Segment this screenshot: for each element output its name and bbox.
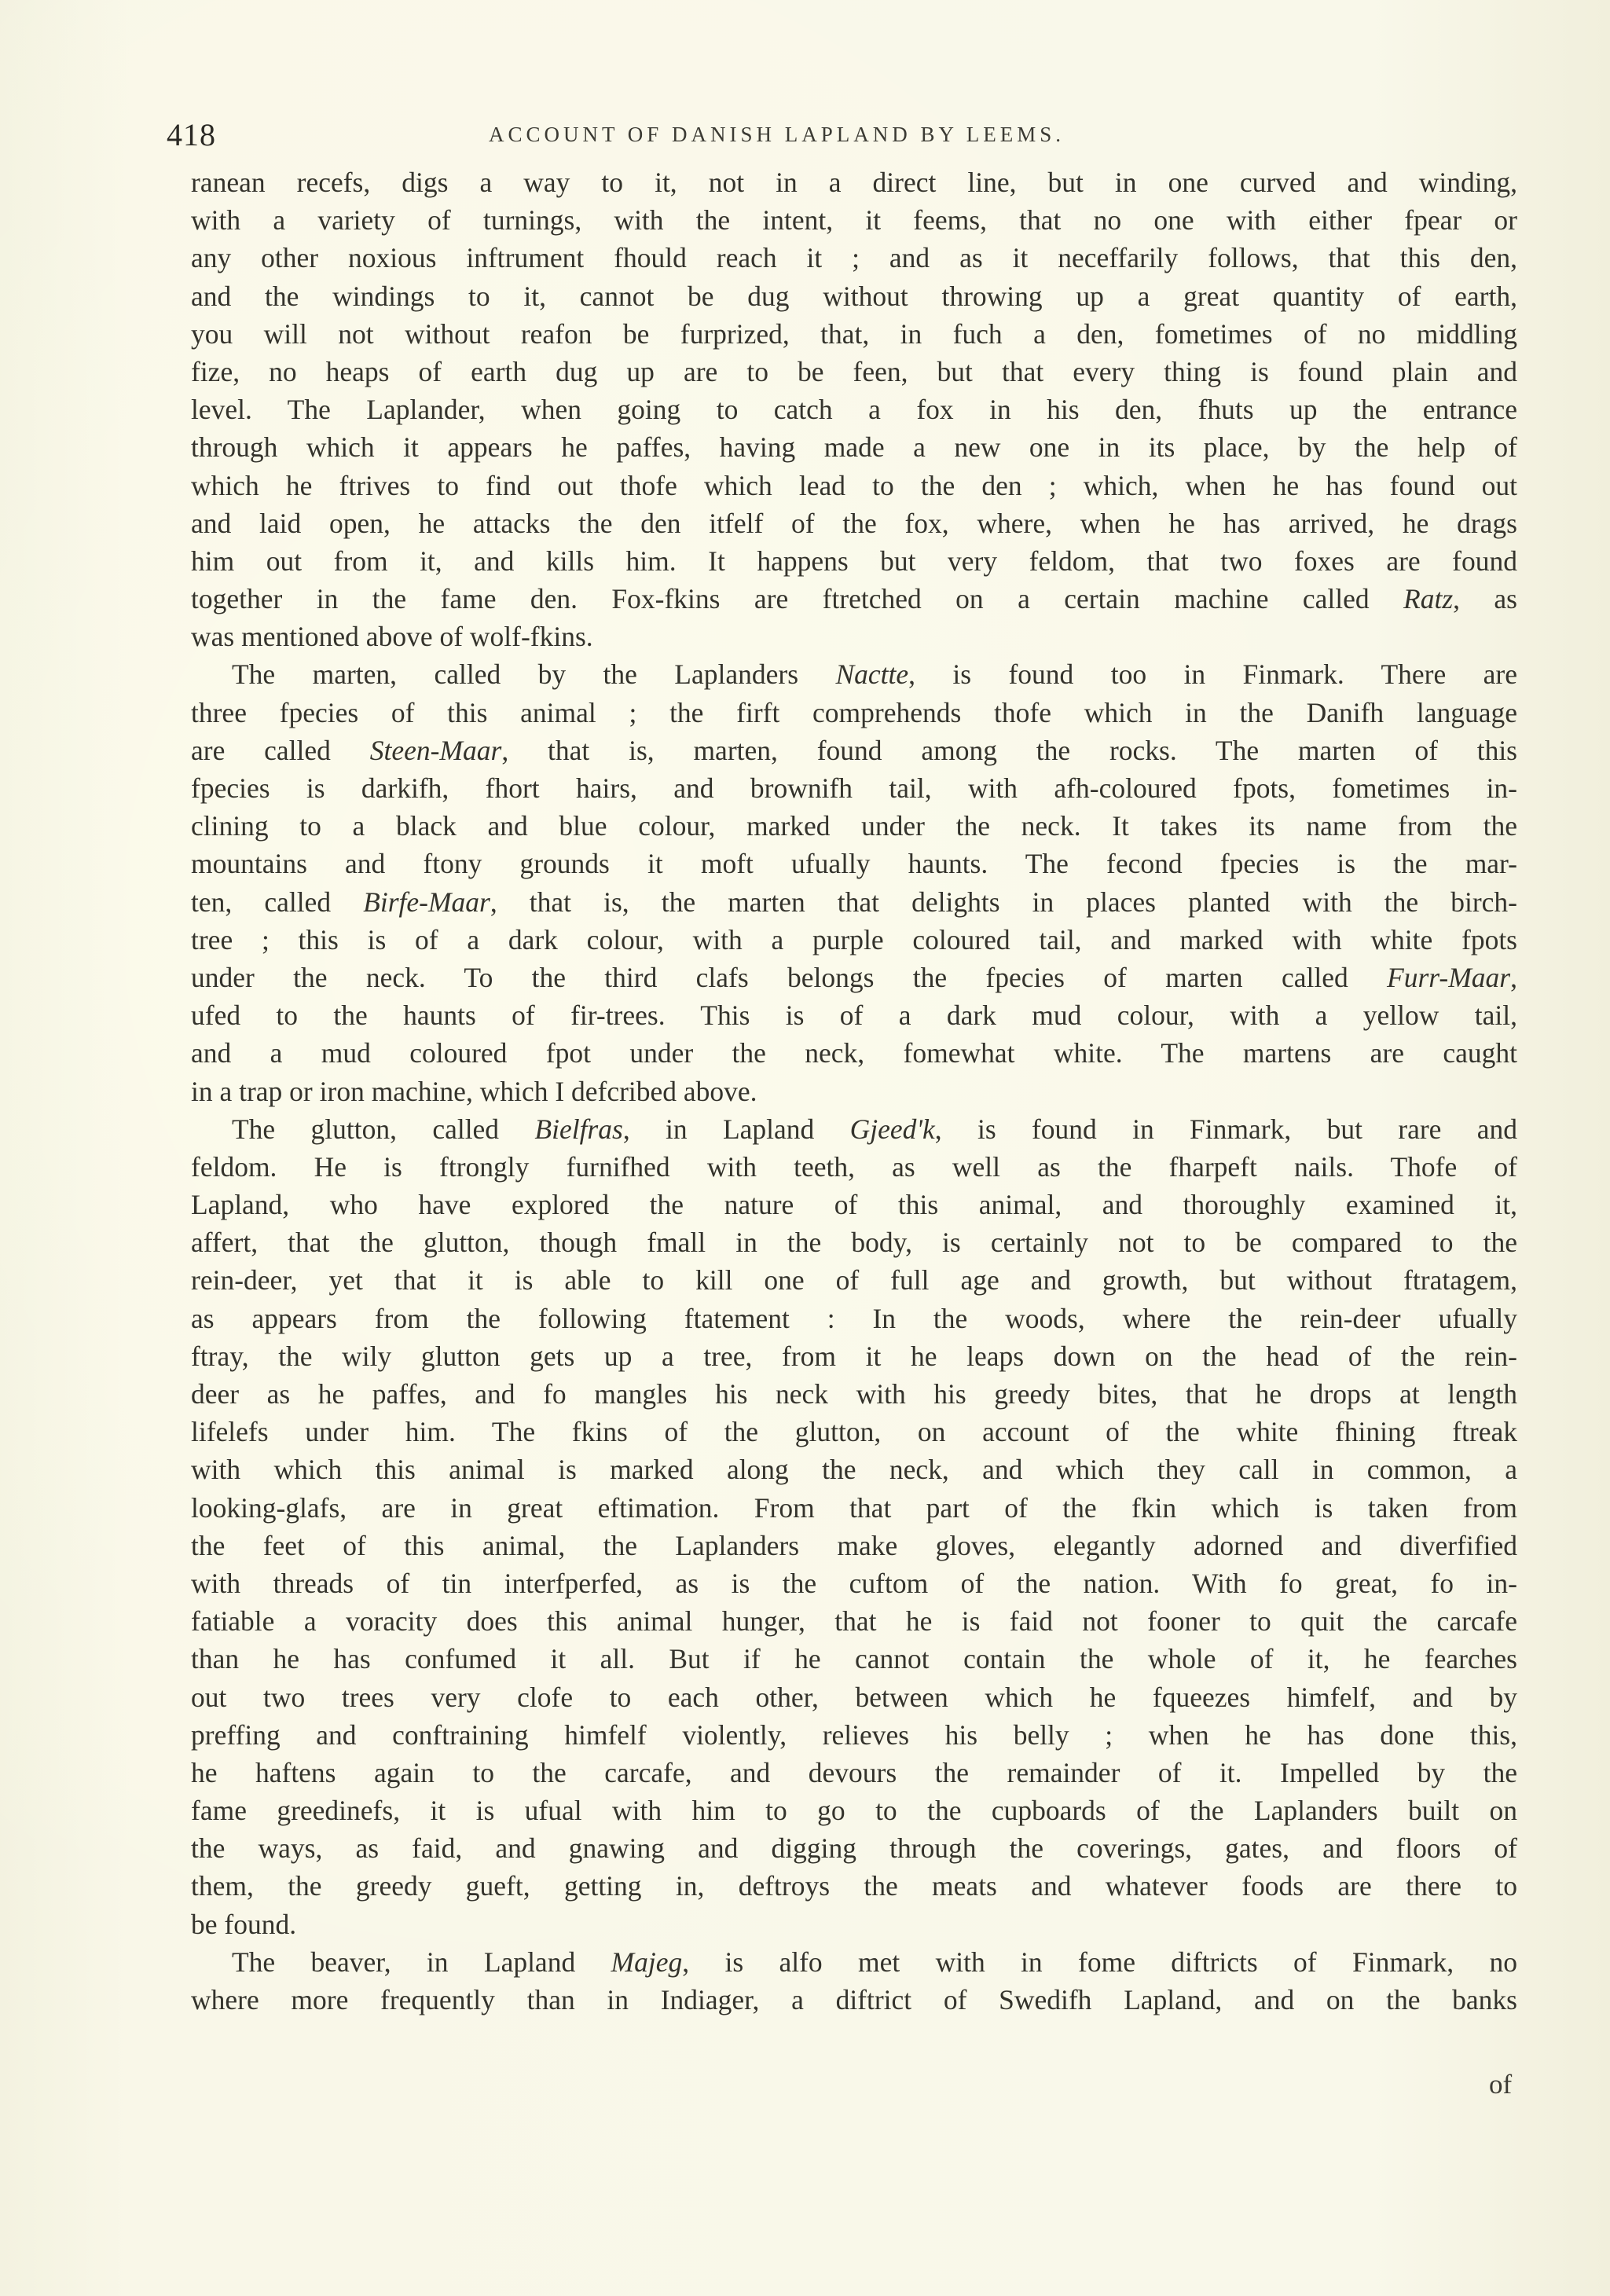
running-head: 418 ACCOUNT OF DANISH LAPLAND BY LEEMS.	[167, 116, 1526, 157]
text-line: ufed to the haunts of fir-trees. This is…	[191, 996, 1517, 1034]
text-line: him out from it, and kills him. It happe…	[191, 542, 1517, 580]
text-line: preffing and conftraining himfelf violen…	[191, 1716, 1517, 1754]
text-line: three fpecies of this animal ; the firft…	[191, 694, 1517, 732]
text-line: as appears from the following ftatement …	[191, 1300, 1517, 1337]
text-line: you will not without reafon be furprized…	[191, 315, 1517, 353]
text-line: was mentioned above of wolf-fkins.	[191, 618, 1517, 655]
text-line: tree ; this is of a dark colour, with a …	[191, 921, 1517, 959]
text-line: Lapland, who have explored the nature of…	[191, 1186, 1517, 1223]
text-line: under the neck. To the third clafs belon…	[191, 959, 1517, 996]
text-line: where more frequently than in Indiager, …	[191, 1981, 1517, 2019]
book-page: 418 ACCOUNT OF DANISH LAPLAND BY LEEMS. …	[0, 0, 1610, 2296]
italic-term: Furr-Maar	[1387, 962, 1510, 993]
text-line: rein-deer, yet that it is able to kill o…	[191, 1261, 1517, 1299]
text-line: The glutton, called Bielfras, in Lapland…	[191, 1110, 1517, 1148]
text-line: through which it appears he paffes, havi…	[191, 428, 1517, 466]
text-line: he haftens again to the carcafe, and dev…	[191, 1754, 1517, 1792]
italic-term: Bielfras	[534, 1113, 622, 1145]
text-line: with threads of tin interfperfed, as is …	[191, 1564, 1517, 1602]
paragraph: The beaver, in Lapland Majeg, is alfo me…	[191, 1943, 1517, 2019]
text-line: deer as he paffes, and fo mangles his ne…	[191, 1375, 1517, 1413]
text-line: and the windings to it, cannot be dug wi…	[191, 277, 1517, 315]
text-line: The marten, called by the Laplanders Nac…	[191, 655, 1517, 693]
text-line: in a trap or iron machine, which I defcr…	[191, 1073, 1517, 1110]
text-line: any other noxious inftrument fhould reac…	[191, 239, 1517, 277]
text-line: them, the greedy gueft, getting in, deft…	[191, 1867, 1517, 1905]
text-line: fpecies is darkifh, fhort hairs, and bro…	[191, 769, 1517, 807]
text-line: level. The Laplander, when going to catc…	[191, 391, 1517, 428]
text-line: clining to a black and blue colour, mark…	[191, 807, 1517, 845]
text-line: fatiable a voracity does this animal hun…	[191, 1602, 1517, 1640]
italic-term: Steen-Maar	[370, 735, 502, 766]
text-line: lifelefs under him. The fkins of the glu…	[191, 1413, 1517, 1451]
text-line: the ways, as faid, and gnawing and diggi…	[191, 1829, 1517, 1867]
text-line: looking-glafs, are in great eftimation. …	[191, 1489, 1517, 1527]
italic-term: Birfe-Maar	[363, 886, 490, 918]
text-line: ten, called Birfe-Maar, that is, the mar…	[191, 883, 1517, 921]
text-line: are called Steen-Maar, that is, marten, …	[191, 732, 1517, 769]
text-line: ranean recefs, digs a way to it, not in …	[191, 163, 1517, 201]
text-line: mountains and ftony grounds it moft ufua…	[191, 845, 1517, 882]
text-line: and laid open, he attacks the den itfelf…	[191, 504, 1517, 542]
text-line: out two trees very clofe to each other, …	[191, 1678, 1517, 1716]
catchword: of	[1489, 2069, 1512, 2100]
italic-term: Ratz	[1403, 583, 1453, 614]
text-line: ftray, the wily glutton gets up a tree, …	[191, 1337, 1517, 1375]
page-number: 418	[167, 116, 216, 153]
body-text: ranean recefs, digs a way to it, not in …	[191, 163, 1517, 2019]
italic-term: Majeg	[611, 1946, 683, 1978]
text-line: fame greedinefs, it is ufual with him to…	[191, 1792, 1517, 1829]
paragraph: The marten, called by the Laplanders Nac…	[191, 655, 1517, 1109]
italic-term: Nactte	[835, 658, 908, 690]
italic-term: Gjeed'k	[850, 1113, 935, 1145]
text-line: The beaver, in Lapland Majeg, is alfo me…	[191, 1943, 1517, 1981]
text-line: with which this animal is marked along t…	[191, 1451, 1517, 1488]
paragraph: ranean recefs, digs a way to it, not in …	[191, 163, 1517, 655]
paragraph: The glutton, called Bielfras, in Lapland…	[191, 1110, 1517, 1943]
text-line: together in the fame den. Fox-fkins are …	[191, 580, 1517, 618]
text-line: which he ftrives to find out thofe which…	[191, 467, 1517, 504]
text-line: and a mud coloured fpot under the neck, …	[191, 1034, 1517, 1072]
text-line: feldom. He is ftrongly furnifhed with te…	[191, 1148, 1517, 1186]
running-title: ACCOUNT OF DANISH LAPLAND BY LEEMS.	[489, 123, 1065, 147]
text-line: affert, that the glutton, though fmall i…	[191, 1223, 1517, 1261]
text-line: fize, no heaps of earth dug up are to be…	[191, 353, 1517, 391]
text-line: be found.	[191, 1905, 1517, 1943]
text-line: than he has confumed it all. But if he c…	[191, 1640, 1517, 1678]
text-line: with a variety of turnings, with the int…	[191, 201, 1517, 239]
text-line: the feet of this animal, the Laplanders …	[191, 1527, 1517, 1564]
